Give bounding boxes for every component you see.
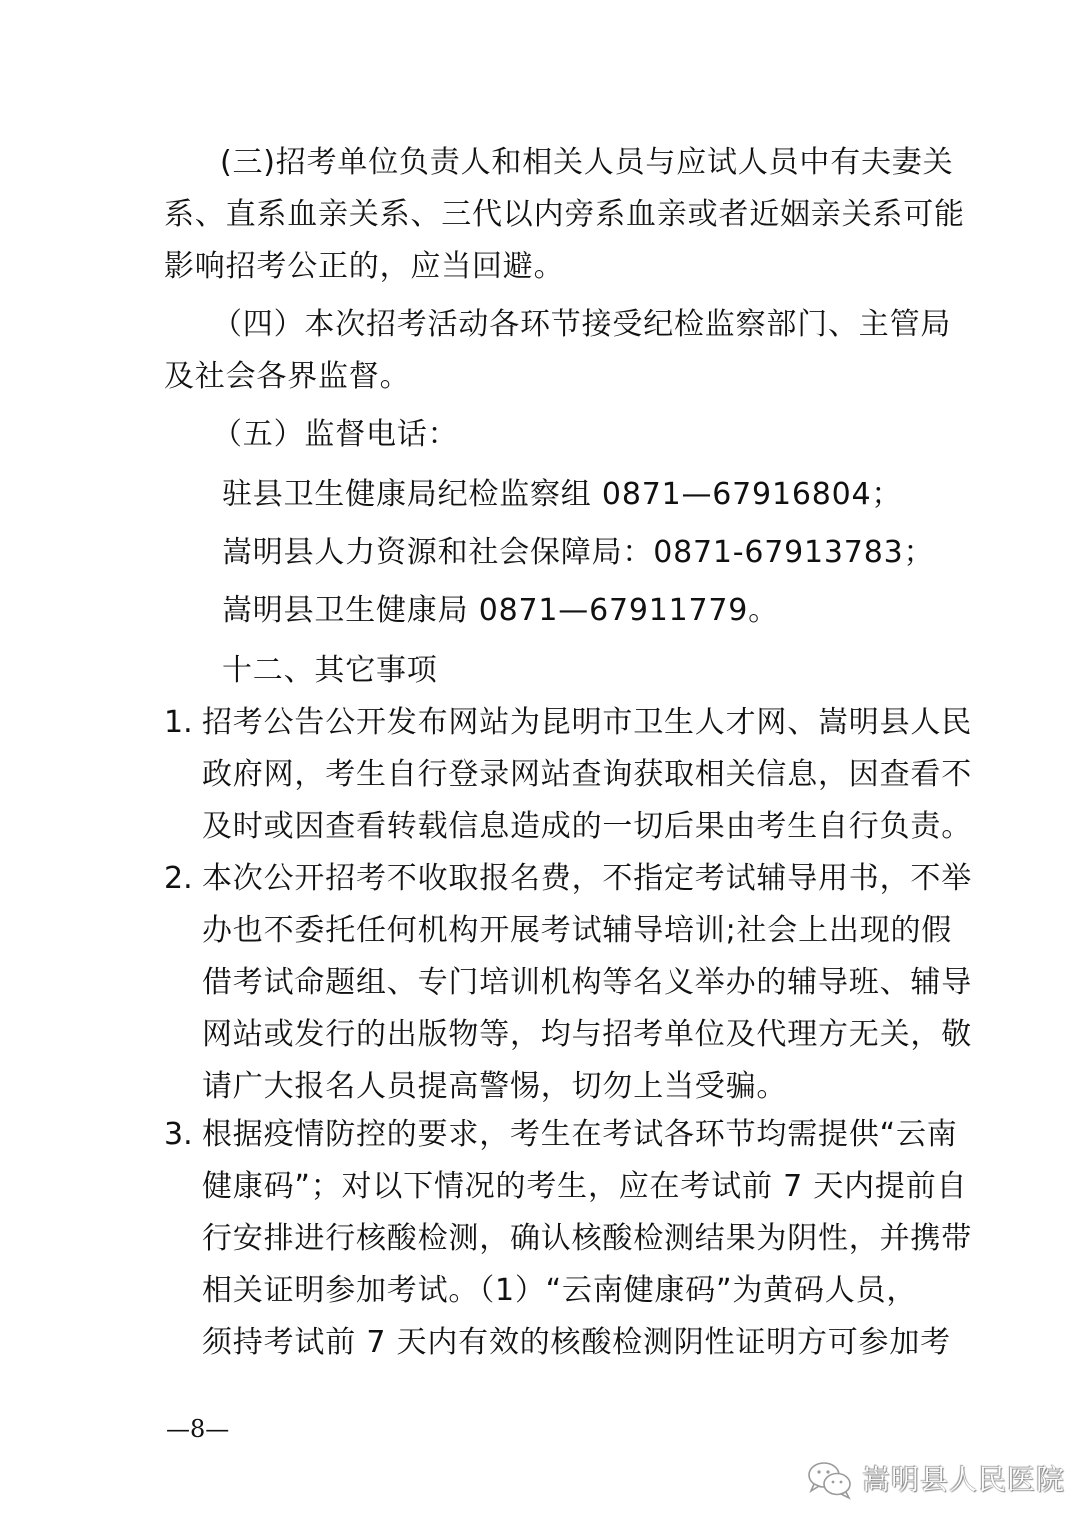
item-line: 政府网，考生自行登录网站查询获取相关信息，因查看不 — [202, 755, 972, 795]
item-line: 根据疫情防控的要求，考生在考试各环节均需提供“云南 — [202, 1115, 958, 1155]
item-line: 健康码”；对以下情况的考生，应在考试前 7 天内提前自 — [202, 1167, 967, 1207]
phone-line: 驻县卫生健康局纪检监察组 0871—67916804； — [222, 475, 902, 515]
item-line: 请广大报名人员提高警惕，切勿上当受骗。 — [202, 1067, 787, 1107]
section-heading: （五）监督电话： — [212, 415, 458, 455]
item-line: 办也不委托任何机构开展考试辅导培训;社会上出现的假 — [202, 911, 952, 951]
phone-line: 嵩明县人力资源和社会保障局：0871-67913783； — [222, 533, 934, 573]
item-number: 3. — [164, 1115, 193, 1155]
document-page: (三)招考单位负责人和相关人员与应试人员中有夫妻关 系、直系血亲关系、三代以内旁… — [0, 0, 1080, 1527]
section-12-heading: 十二、其它事项 — [222, 651, 438, 691]
item-number: 1. — [164, 703, 193, 743]
item-number: 2. — [164, 859, 193, 899]
wechat-icon — [806, 1460, 854, 1500]
item-line: 及时或因查看转载信息造成的一切后果由考生自行负责。 — [202, 807, 972, 847]
paragraph-line: 及社会各界监督。 — [164, 357, 410, 397]
item-line: 须持考试前 7 天内有效的核酸检测阴性证明方可参加考 — [202, 1323, 951, 1363]
paragraph-line: 影响招考公正的，应当回避。 — [164, 247, 564, 287]
paragraph-line: （四）本次招考活动各环节接受纪检监察部门、主管局 — [212, 305, 951, 345]
watermark-text: 嵩明县人民医院 — [862, 1460, 1065, 1500]
item-line: 网站或发行的出版物等，均与招考单位及代理方无关，敬 — [202, 1015, 972, 1055]
item-line: 本次公开招考不收取报名费，不指定考试辅导用书，不举 — [202, 859, 972, 899]
item-line: 相关证明参加考试。（1）“云南健康码”为黄码人员， — [202, 1271, 917, 1311]
page-number: —8— — [166, 1414, 229, 1444]
phone-line: 嵩明县卫生健康局 0871—67911779。 — [222, 591, 779, 631]
item-line: 招考公告公开发布网站为昆明市卫生人才网、嵩明县人民 — [202, 703, 972, 743]
item-line: 借考试命题组、专门培训机构等名义举办的辅导班、辅导 — [202, 963, 972, 1003]
watermark: 嵩明县人民医院 — [806, 1458, 1065, 1502]
paragraph-line: (三)招考单位负责人和相关人员与应试人员中有夫妻关 — [220, 143, 953, 183]
paragraph-line: 系、直系血亲关系、三代以内旁系血亲或者近姻亲关系可能 — [164, 195, 965, 235]
item-line: 行安排进行核酸检测，确认核酸检测结果为阴性，并携带 — [202, 1219, 972, 1259]
